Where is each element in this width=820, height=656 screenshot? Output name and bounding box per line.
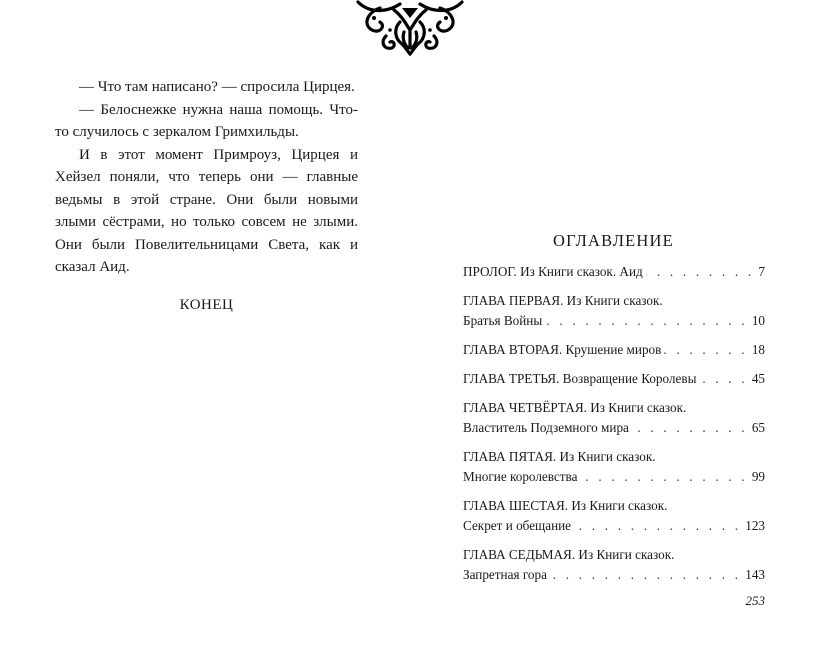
toc-entry-chapter-6[interactable]: ГЛАВА ШЕСТАЯ. Из Книги сказок. Секрет и … [463,496,765,536]
toc-entry-chapter-label: ГЛАВА ПЯТАЯ. Из Книги сказок. [463,447,765,467]
toc-leader-dots: . . . . . . . . . . . . . . . . . . . . … [664,340,747,360]
toc-leader-dots: . . . . . . . . . . . . . . . . . . . . … [699,369,747,389]
toc-page-number: 7 [754,262,765,282]
toc-leader-dots: . . . . . . . . . . . . . . . . . . . . … [545,311,748,331]
toc-entry-title: Властитель Подземного мира [463,418,632,438]
toc-leader-dots: . . . . . . . . . . . . . . . . . . . . … [550,565,741,585]
toc-leader-dots: . . . . . . . . . . . . . . . . . . . . … [574,516,741,536]
toc-entry-title: ГЛАВА ВТОРАЯ. Крушение миров [463,340,664,360]
toc-entry-title: Братья Войны [463,311,545,331]
toc-entry-title: ПРОЛОГ. Из Книги сказок. Аид [463,262,646,282]
toc-page-number: 65 [748,418,765,438]
toc-leader-dots: . . . . . . . . . . . . . . . . . . . . … [646,262,755,282]
toc-entry-chapter-label: ГЛАВА ЧЕТВЁРТАЯ. Из Книги сказок. [463,398,765,418]
toc-page-number: 18 [748,340,765,360]
toc-page-number: 10 [748,311,765,331]
toc-entry-chapter-2[interactable]: ГЛАВА ВТОРАЯ. Крушение миров . . . . . .… [463,340,765,360]
toc-entry-chapter-5[interactable]: ГЛАВА ПЯТАЯ. Из Книги сказок. Многие кор… [463,447,765,487]
paragraph: — Что там написано? — спросила Цирцея. [55,76,358,99]
left-page-text: — Что там написано? — спросила Цирцея. —… [55,76,358,279]
toc-leader-dots: . . . . . . . . . . . . . . . . . . . . … [580,467,747,487]
toc-entry-chapter-7[interactable]: ГЛАВА СЕДЬМАЯ. Из Книги сказок. Запретна… [463,545,765,585]
toc-title: ОГЛАВЛЕНИЕ [462,231,765,251]
table-of-contents: ПРОЛОГ. Из Книги сказок. Аид . . . . . .… [463,262,765,594]
toc-page-number: 123 [741,516,765,536]
toc-entry-title: Многие королевства [463,467,580,487]
toc-entry-title: Секрет и обещание [463,516,574,536]
toc-page-number: 45 [748,369,765,389]
toc-entry-chapter-1[interactable]: ГЛАВА ПЕРВАЯ. Из Книги сказок. Братья Во… [463,291,765,331]
toc-page-number: 143 [741,565,765,585]
toc-entry-chapter-label: ГЛАВА СЕДЬМАЯ. Из Книги сказок. [463,545,765,565]
paragraph: — Белоснежке нужна наша помощь. Что-то с… [55,99,358,144]
toc-entry-prologue[interactable]: ПРОЛОГ. Из Книги сказок. Аид . . . . . .… [463,262,765,282]
toc-entry-chapter-label: ГЛАВА ШЕСТАЯ. Из Книги сказок. [463,496,765,516]
toc-entry-chapter-label: ГЛАВА ПЕРВАЯ. Из Книги сказок. [463,291,765,311]
page-number: 253 [700,593,765,609]
toc-leader-dots: . . . . . . . . . . . . . . . . . . . . … [632,418,748,438]
floral-ornament-icon [350,0,470,56]
toc-page-number: 99 [748,467,765,487]
the-end-heading: КОНЕЦ [55,297,358,314]
toc-entry-title: Запретная гора [463,565,550,585]
paragraph: И в этот момент Примроуз, Цирцея и Хейзе… [55,144,358,279]
toc-entry-title: ГЛАВА ТРЕТЬЯ. Возвращение Королевы [463,369,699,389]
toc-entry-chapter-3[interactable]: ГЛАВА ТРЕТЬЯ. Возвращение Королевы . . .… [463,369,765,389]
toc-entry-chapter-4[interactable]: ГЛАВА ЧЕТВЁРТАЯ. Из Книги сказок. Власти… [463,398,765,438]
